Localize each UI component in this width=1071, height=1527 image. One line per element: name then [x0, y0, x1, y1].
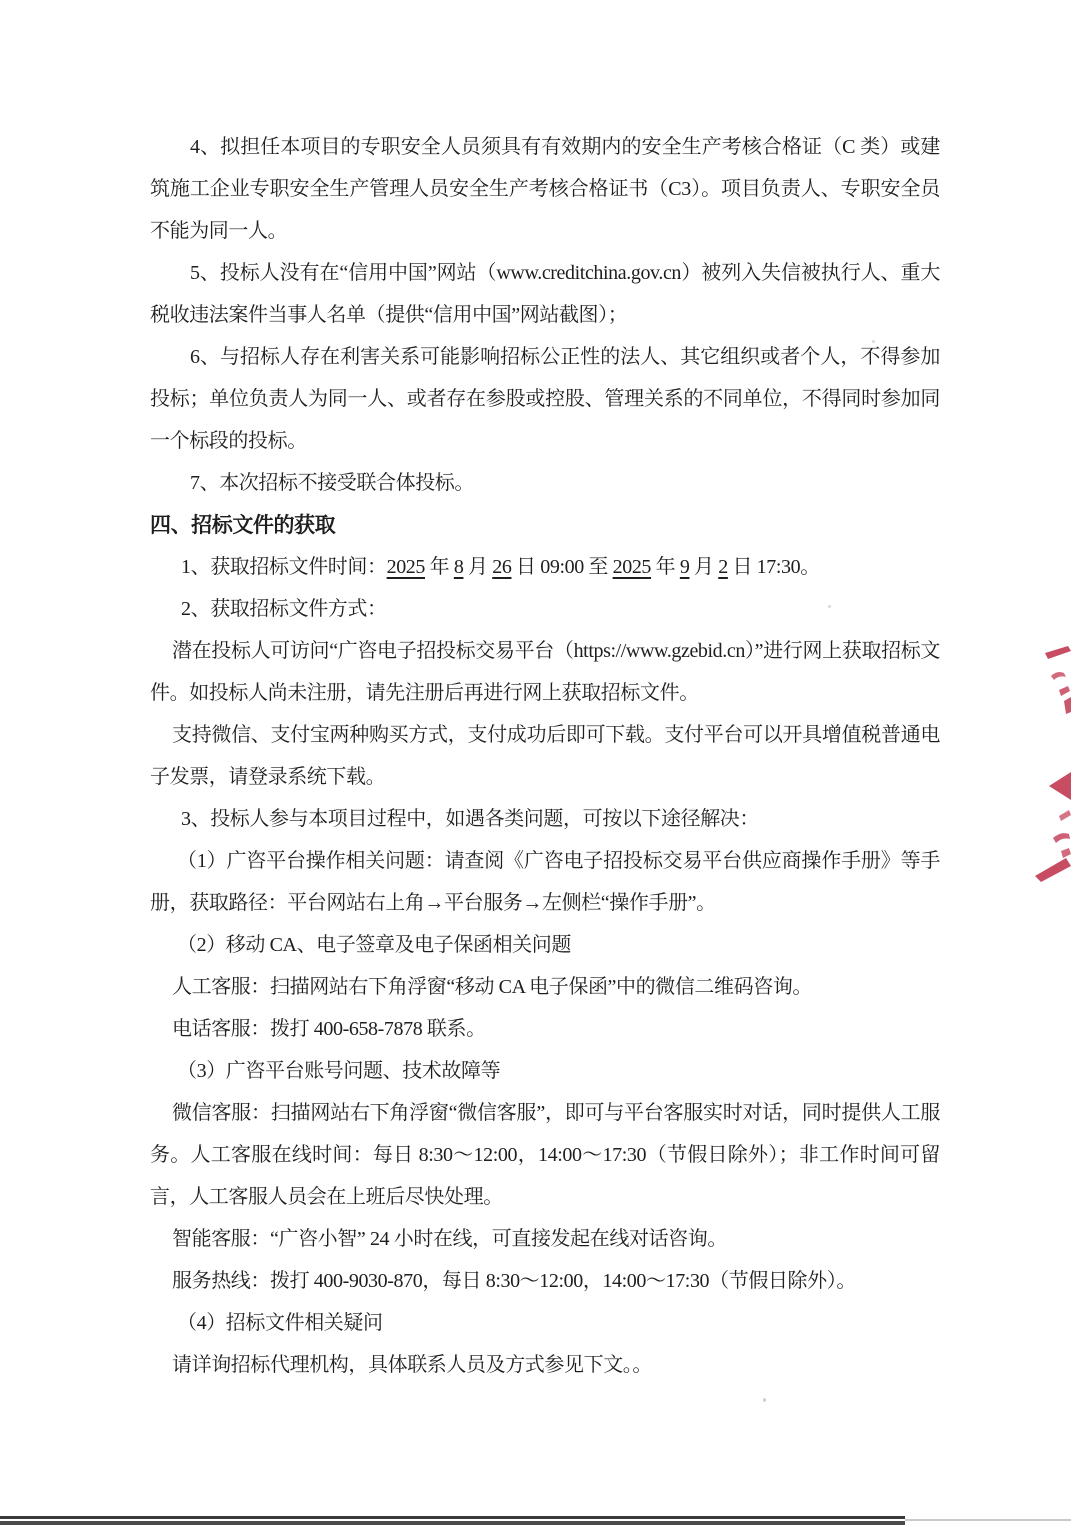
obtain-start-year: 2025	[387, 556, 425, 578]
sub-item-2-mobile-ca: （2）移动 CA、电子签章及电子保函相关问题	[150, 924, 940, 966]
end-time-suffix: 日 17:30。	[728, 556, 820, 578]
official-seal-fragment-icon	[1031, 646, 1071, 882]
clause-6-conflict-of-interest: 6、与招标人存在利害关系可能影响招标公正性的法人、其它组织或者个人，不得参加投标…	[150, 336, 940, 462]
obtain-start-day: 26	[492, 556, 511, 578]
document-text-block: 4、拟担任本项目的专职安全人员须具有有效期内的安全生产考核合格证（C 类）或建筑…	[150, 126, 940, 1386]
month-unit-2: 月	[689, 556, 718, 578]
clause-problem-channels: 3、投标人参与本项目过程中，如遇各类问题，可按以下途径解决：	[150, 798, 940, 840]
obtain-end-day: 2	[718, 556, 728, 578]
obtain-end-year: 2025	[613, 556, 651, 578]
obtain-start-month: 8	[454, 556, 464, 578]
clause-obtain-time: 1、获取招标文件时间：2025 年 8 月 26 日 09:00 至 2025 …	[150, 546, 940, 588]
start-time-to-connector: 日 09:00 至	[511, 556, 612, 578]
clause-7-no-consortium: 7、本次招标不接受联合体投标。	[150, 462, 940, 504]
para-phone-customer-service: 电话客服：拨打 400-658-7878 联系。	[150, 1008, 940, 1050]
clause-5-credit-china: 5、投标人没有在“信用中国”网站（www.creditchina.gov.cn）…	[150, 252, 940, 336]
sub-item-1-platform-operation: （1）广咨平台操作相关问题：请查阅《广咨电子招投标交易平台供应商操作手册》等手册…	[150, 840, 940, 924]
para-platform-access: 潜在投标人可访问“广咨电子招投标交易平台（https://www.gzebid.…	[150, 630, 940, 714]
para-wechat-customer-service: 微信客服：扫描网站右下角浮窗“微信客服”，即可与平台客服实时对话，同时提供人工服…	[150, 1092, 940, 1218]
scan-speck	[872, 340, 875, 343]
sub-item-3-account-issues: （3）广咨平台账号问题、技术故障等	[150, 1050, 940, 1092]
month-unit: 月	[463, 556, 492, 578]
scan-speck	[763, 1398, 766, 1402]
sub-item-4-document-questions: （4）招标文件相关疑问	[150, 1302, 940, 1344]
scan-speck	[828, 605, 831, 608]
section-heading-obtain-documents: 四、招标文件的获取	[150, 504, 940, 546]
document-page: 4、拟担任本项目的专职安全人员须具有有效期内的安全生产考核合格证（C 类）或建筑…	[0, 0, 1071, 1527]
para-payment-invoice: 支持微信、支付宝两种购买方式，支付成功后即可下载。支付平台可以开具增值税普通电子…	[150, 714, 940, 798]
obtain-time-label: 1、获取招标文件时间：	[181, 556, 387, 578]
year-unit-2: 年	[651, 556, 680, 578]
obtain-end-month: 9	[680, 556, 690, 578]
clause-obtain-method: 2、获取招标文件方式：	[150, 588, 940, 630]
para-service-hotline: 服务热线：拨打 400-9030-870，每日 8:30～12:00，14:00…	[150, 1260, 940, 1302]
para-ai-customer-service: 智能客服：“广咨小智” 24 小时在线，可直接发起在线对话咨询。	[150, 1218, 940, 1260]
para-manual-customer-service: 人工客服：扫描网站右下角浮窗“移动 CA 电子保函”中的微信二维码咨询。	[150, 966, 940, 1008]
scan-edge-line-dark	[0, 1516, 905, 1521]
scan-edge-line-light	[905, 1519, 1071, 1521]
scan-speck	[545, 142, 548, 145]
year-unit: 年	[425, 556, 454, 578]
para-contact-agency: 请详询招标代理机构，具体联系人员及方式参见下文。。	[150, 1344, 940, 1386]
